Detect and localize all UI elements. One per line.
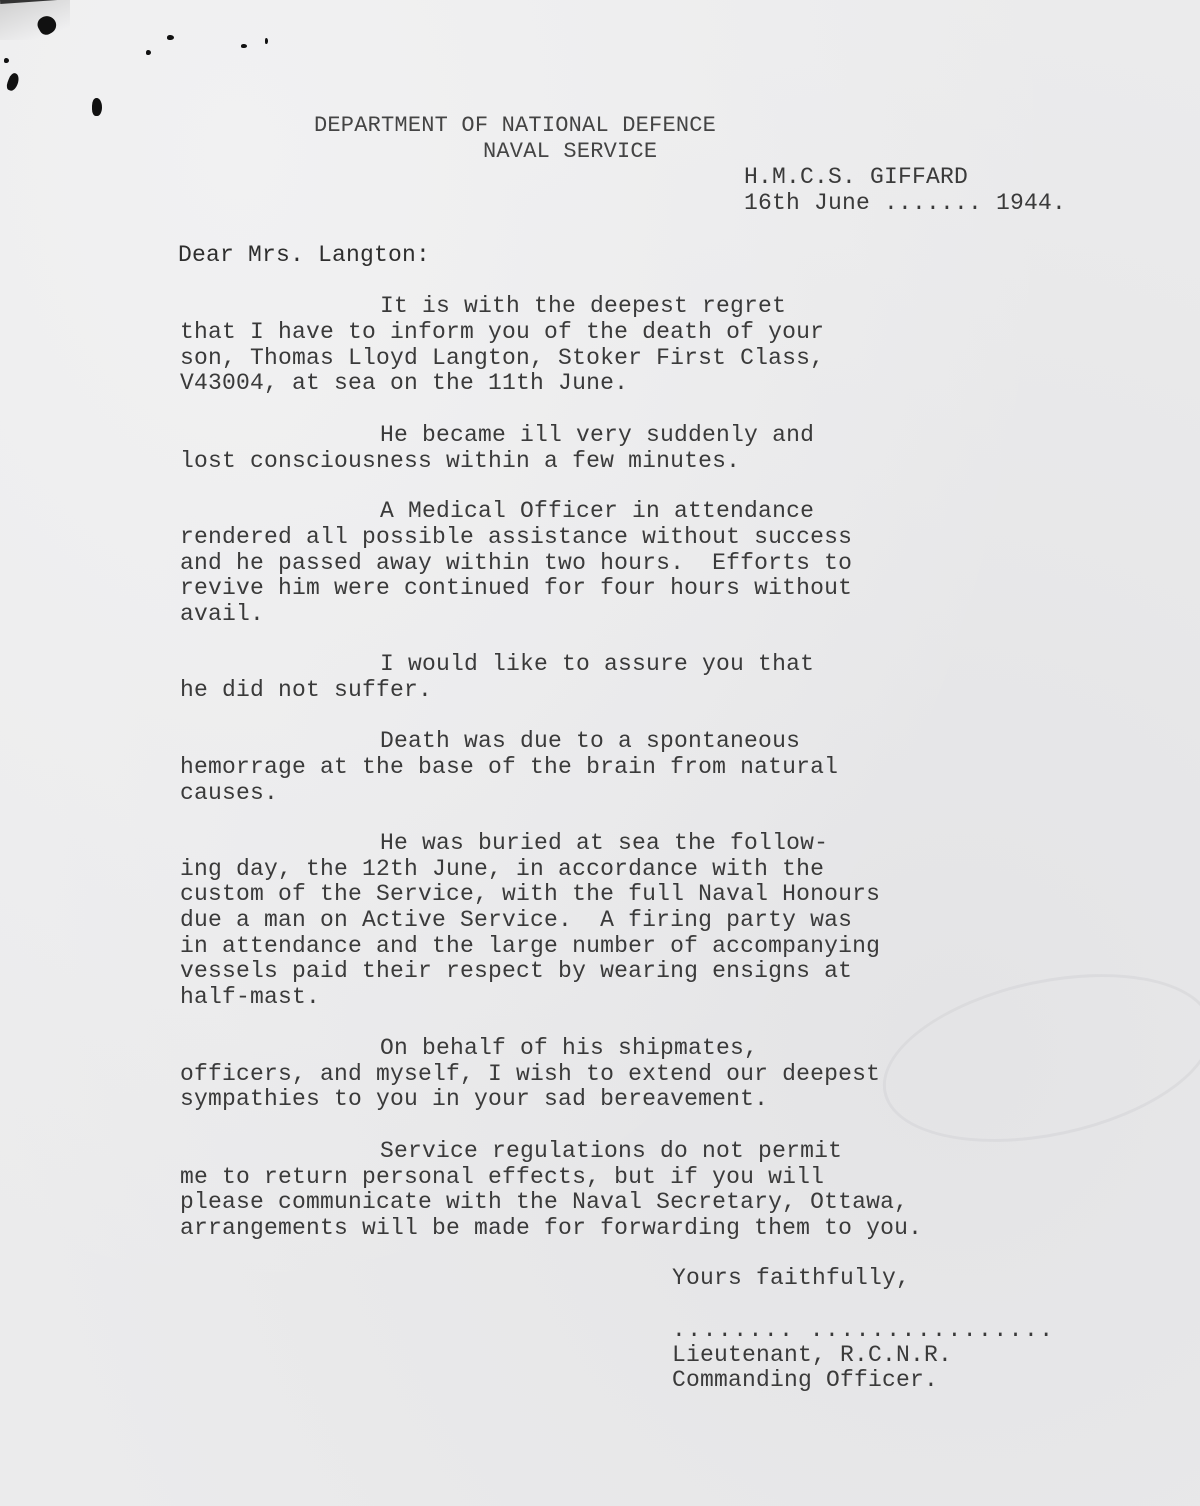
paragraph-line: Death was due to a spontaneous [380, 728, 800, 754]
signature-line: ........ ................ [672, 1317, 1055, 1343]
paragraph-line: It is with the deepest regret [380, 293, 786, 319]
salutation: Dear Mrs. Langton: [178, 242, 430, 268]
punch-hole-mark [241, 44, 247, 48]
paragraph-line: avail. [180, 601, 264, 627]
punch-hole-mark [146, 50, 151, 55]
paragraph-line: ing day, the 12th June, in accordance wi… [180, 856, 824, 882]
paragraph-line: son, Thomas Lloyd Langton, Stoker First … [180, 345, 824, 371]
paragraph-line: revive him were continued for four hours… [180, 575, 852, 601]
paragraph-line: arrangements will be made for forwarding… [180, 1215, 922, 1241]
paragraph-line: causes. [180, 780, 278, 806]
punch-hole-mark [92, 98, 102, 116]
paragraph-line: I would like to assure you that [380, 651, 814, 677]
paragraph-line: He became ill very suddenly and [380, 422, 814, 448]
punch-hole-mark [5, 72, 21, 92]
page-corner-shadow [0, 0, 70, 40]
faint-stamp-impression [867, 947, 1200, 1169]
signatory-rank: Lieutenant, R.C.N.R. [672, 1342, 952, 1368]
paragraph-line: rendered all possible assistance without… [180, 524, 852, 550]
paragraph-line: due a man on Active Service. A firing pa… [180, 907, 852, 933]
letter-page: DEPARTMENT OF NATIONAL DEFENCE NAVAL SER… [0, 0, 1200, 1506]
paragraph-line: officers, and myself, I wish to extend o… [180, 1061, 880, 1087]
paragraph-line: hemorrage at the base of the brain from … [180, 754, 838, 780]
paragraph-line: lost consciousness within a few minutes. [180, 448, 740, 474]
paragraph-line: he did not suffer. [180, 677, 432, 703]
punch-hole-mark [167, 35, 174, 40]
letterhead-service: NAVAL SERVICE [483, 139, 657, 165]
paragraph-line: that I have to inform you of the death o… [180, 319, 824, 345]
punch-hole-mark [4, 58, 9, 63]
letterhead-department: DEPARTMENT OF NATIONAL DEFENCE [314, 113, 716, 139]
paragraph-line: half-mast. [180, 984, 320, 1010]
paragraph-line: custom of the Service, with the full Nav… [180, 881, 880, 907]
paragraph-line: me to return personal effects, but if yo… [180, 1164, 824, 1190]
signatory-title: Commanding Officer. [672, 1367, 938, 1393]
punch-hole-mark [265, 38, 268, 44]
paragraph-line: Service regulations do not permit [380, 1138, 842, 1164]
paragraph-line: V43004, at sea on the 11th June. [180, 370, 628, 396]
paragraph-line: sympathies to you in your sad bereavemen… [180, 1086, 768, 1112]
paragraph-line: vessels paid their respect by wearing en… [180, 958, 852, 984]
paragraph-line: in attendance and the large number of ac… [180, 933, 880, 959]
valediction: Yours faithfully, [672, 1265, 910, 1291]
paragraph-line: and he passed away within two hours. Eff… [180, 550, 852, 576]
paragraph-line: On behalf of his shipmates, [380, 1035, 758, 1061]
paragraph-line: He was buried at sea the follow- [380, 830, 828, 856]
sender-ship: H.M.C.S. GIFFARD [744, 164, 968, 190]
sender-date: 16th June ....... 1944. [744, 190, 1066, 216]
paragraph-line: please communicate with the Naval Secret… [180, 1189, 908, 1215]
paragraph-line: A Medical Officer in attendance [380, 498, 814, 524]
